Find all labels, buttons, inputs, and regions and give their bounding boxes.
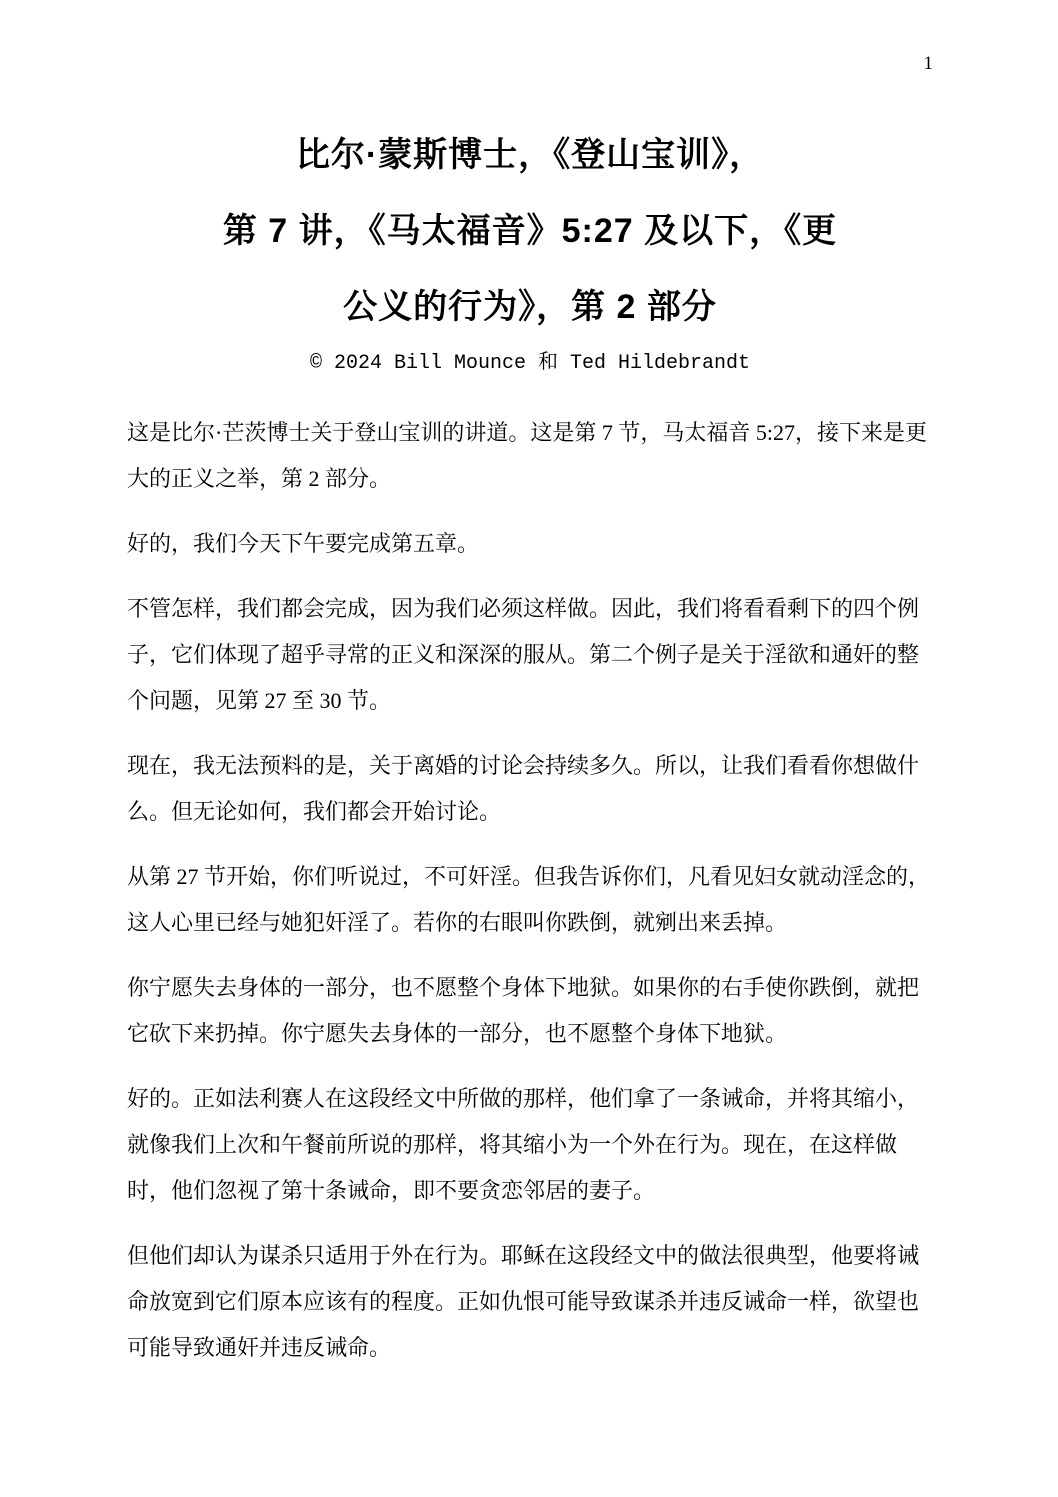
title-line-1: 比尔·蒙斯博士，《登山宝训》， — [127, 117, 933, 193]
document-page: 1 比尔·蒙斯博士，《登山宝训》， 第 7 讲，《马太福音》5:27 及以下，《… — [0, 0, 1058, 1497]
document-title: 比尔·蒙斯博士，《登山宝训》， 第 7 讲，《马太福音》5:27 及以下，《更 … — [127, 117, 933, 345]
paragraph-8: 但他们却认为谋杀只适用于外在行为。耶稣在这段经文中的做法很典型，他要将诫命放宽到… — [127, 1233, 933, 1371]
page-content: 1 比尔·蒙斯博士，《登山宝训》， 第 7 讲，《马太福音》5:27 及以下，《… — [0, 0, 1058, 1371]
paragraph-3: 不管怎样，我们都会完成，因为我们必须这样做。因此，我们将看看剩下的四个例子，它们… — [127, 586, 933, 724]
paragraph-1: 这是比尔·芒茨博士关于登山宝训的讲道。这是第 7 节，马太福音 5:27，接下来… — [127, 410, 933, 502]
paragraph-4: 现在，我无法预料的是，关于离婚的讨论会持续多久。所以，让我们看看你想做什么。但无… — [127, 743, 933, 835]
paragraph-6: 你宁愿失去身体的一部分，也不愿整个身体下地狱。如果你的右手使你跌倒，就把它砍下来… — [127, 965, 933, 1057]
page-number: 1 — [127, 52, 933, 75]
paragraph-7: 好的。正如法利赛人在这段经文中所做的那样，他们拿了一条诫命，并将其缩小，就像我们… — [127, 1076, 933, 1214]
title-line-3: 公义的行为》，第 2 部分 — [127, 269, 933, 345]
copyright-line: © 2024 Bill Mounce 和 Ted Hildebrandt — [127, 350, 933, 378]
title-line-2: 第 7 讲，《马太福音》5:27 及以下，《更 — [127, 193, 933, 269]
paragraph-2: 好的，我们今天下午要完成第五章。 — [127, 521, 933, 567]
paragraph-5: 从第 27 节开始，你们听说过，不可奸淫。但我告诉你们，凡看见妇女就动淫念的，这… — [127, 854, 933, 946]
document-body: 这是比尔·芒茨博士关于登山宝训的讲道。这是第 7 节，马太福音 5:27，接下来… — [127, 410, 933, 1371]
